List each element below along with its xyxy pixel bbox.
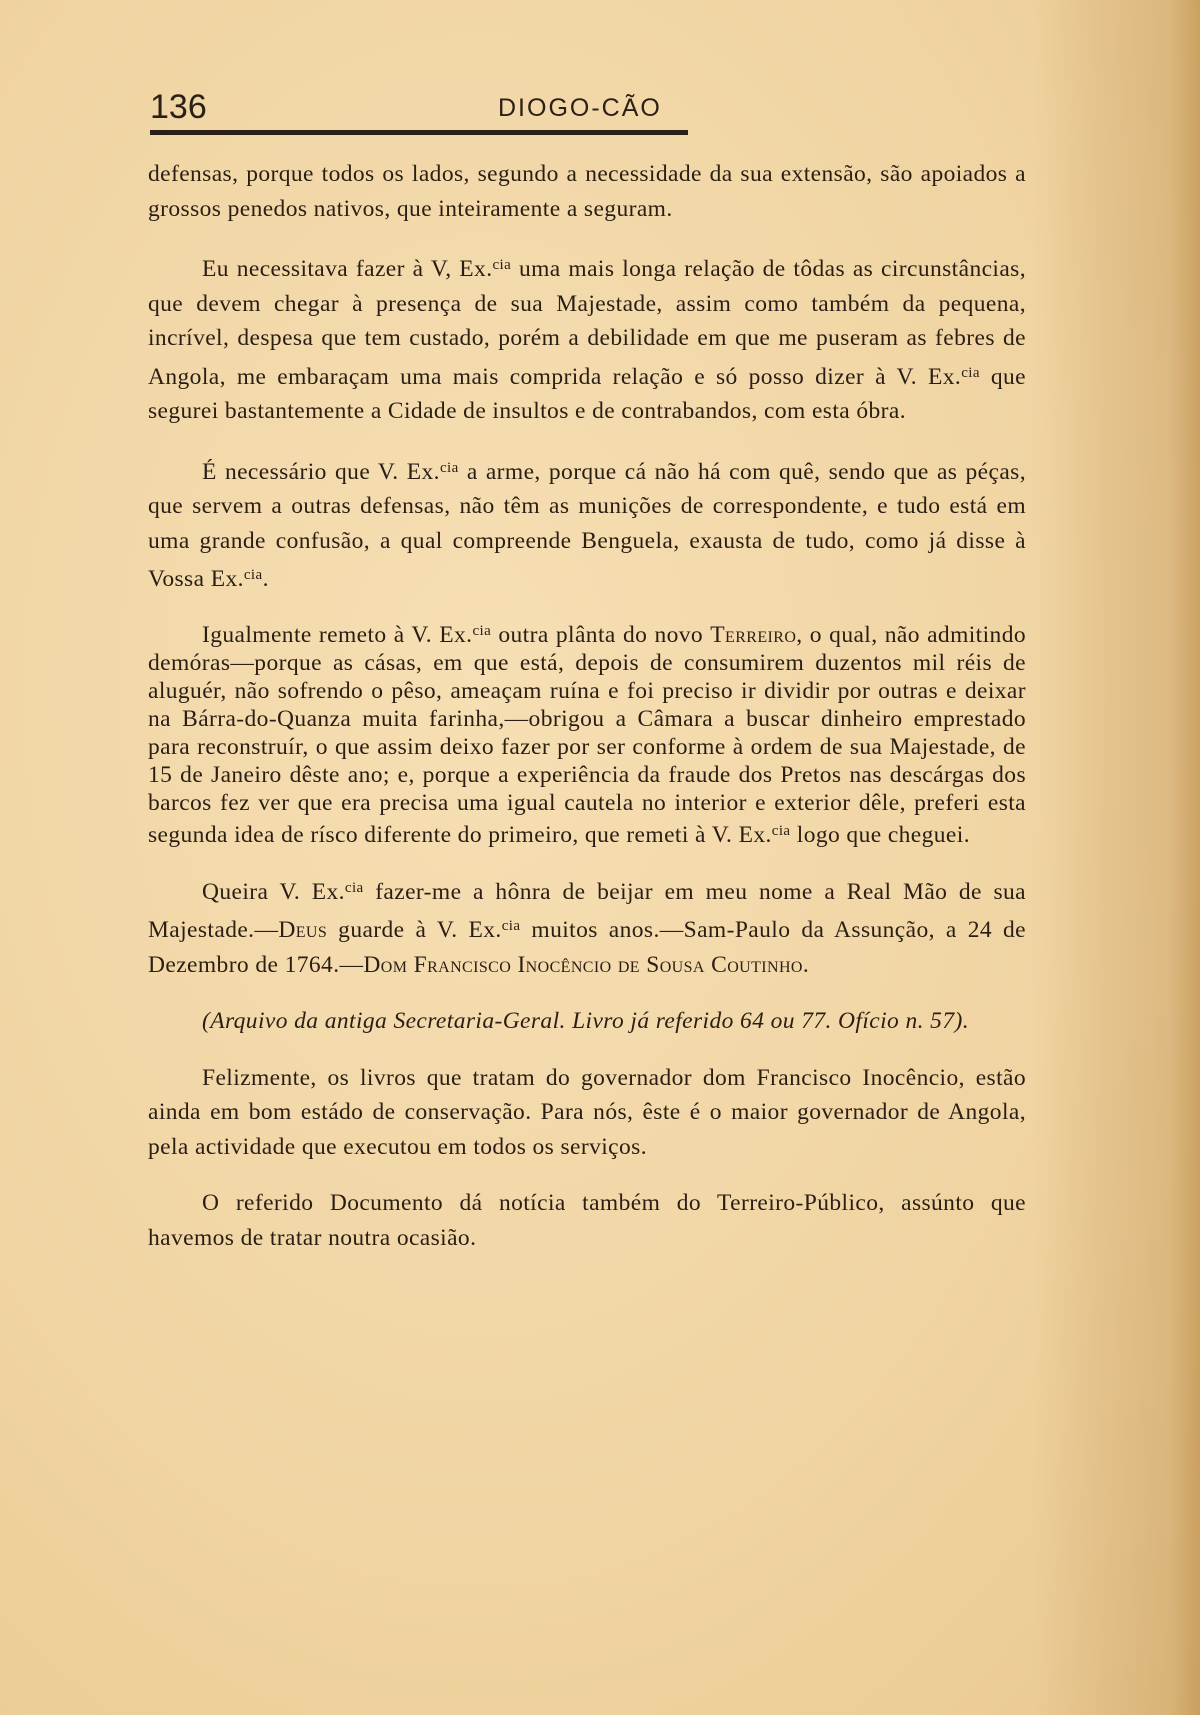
paragraph-5: Queira V. Ex.cia fazer-me a hônra de bei… [148,871,1026,983]
citation: (Arquivo da antiga Secretaria-Geral. Liv… [148,1004,1026,1039]
superscript: cia [961,365,980,381]
page-number: 136 [150,88,207,127]
small-caps-term: Deus [278,917,327,943]
body-text: defensas, porque todos os lados, segundo… [148,157,1026,1255]
superscript: cia [440,460,459,476]
running-title: DIOGO-CÃO [498,94,662,123]
paragraph-2: Eu necessitava fazer à V, Ex.cia uma mai… [148,248,1026,429]
superscript: cia [502,918,521,934]
header-rule [150,130,688,135]
superscript: cia [472,623,491,639]
scanned-book-page: 136 DIOGO-CÃO defensas, porque todos os … [0,0,1200,1715]
superscript: cia [492,257,511,273]
page-header: 136 DIOGO-CÃO [150,88,688,128]
signature: Dom Francisco Inocêncio de Sousa Coutinh… [363,952,803,978]
paragraph-6: Felizmente, os livros que tratam do gove… [148,1061,1026,1165]
paragraph-1: defensas, porque todos os lados, segundo… [148,157,1026,226]
superscript: cia [244,567,263,583]
superscript: cia [772,823,791,839]
small-caps-term: Terreiro [710,622,796,648]
page-edge-shadow [1170,0,1200,1715]
paragraph-4: Igualmente remeto à V. Ex.cia outra plân… [148,617,1026,849]
paragraph-3: É necessário que V. Ex.cia a arme, porqu… [148,451,1026,597]
paragraph-7: O referido Documento dá notícia também d… [148,1186,1026,1255]
superscript: cia [345,880,364,896]
